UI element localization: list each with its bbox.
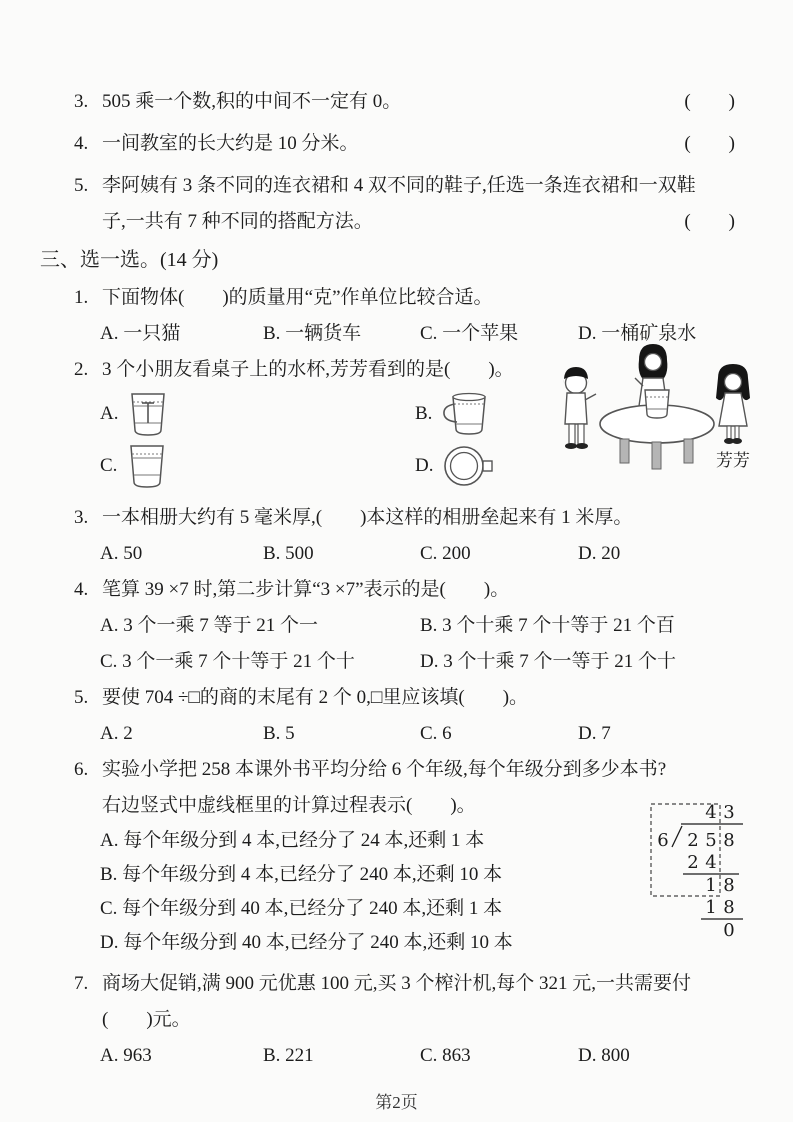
question-stem: 笔算 39 ×7 时,第二步计算“3 ×7”表示的是( )。 — [102, 572, 753, 608]
options-row: A. 50 B. 500 C. 200 D. 20 — [100, 536, 793, 572]
option-c: C. 200 — [420, 536, 578, 572]
option-a: A. 每个年级分到 4 本,已经分了 24 本,还剩 1 本 — [100, 824, 603, 858]
question-number: 2. — [74, 352, 102, 388]
options-row-1: A. 3 个一乘 7 等于 21 个一 B. 3 个十乘 7 个十等于 21 个… — [100, 608, 793, 644]
illustration-label: 芳芳 — [716, 451, 750, 471]
option-b: B. 一辆货车 — [263, 316, 420, 352]
option-a-label: A. — [100, 403, 118, 425]
question-stem: 下面物体( )的质量用“克”作单位比较合适。 — [102, 280, 753, 316]
item-number: 4. — [74, 126, 102, 162]
item-text: 505 乘一个数,积的中间不一定有 0。 — [102, 84, 676, 120]
question-stem-line1: 实验小学把 258 本课外书平均分给 6 个年级,每个年级分到多少本书? — [102, 752, 753, 788]
question-number: 6. — [74, 752, 102, 788]
svg-text:8: 8 — [723, 897, 734, 918]
svg-text:8: 8 — [723, 875, 734, 896]
option-c: C. 863 — [420, 1038, 578, 1074]
worksheet-page: 3. 505 乘一个数,积的中间不一定有 0。 ( ) 4. 一间教室的长大约是… — [0, 0, 793, 1122]
option-b-label: B. — [415, 403, 432, 425]
judge-item-4: 4. 一间教室的长大约是 10 分米。 ( ) — [0, 126, 793, 162]
page-number: 第2页 — [0, 1088, 793, 1113]
cup-plain-icon — [124, 441, 170, 491]
question-stem: 一本相册大约有 5 毫米厚,( )本这样的相册垒起来有 1 米厚。 — [102, 500, 753, 536]
option-d: D. 20 — [578, 536, 793, 572]
option-c: C. 3 个一乘 7 个十等于 21 个十 — [100, 644, 420, 680]
svg-text:8: 8 — [723, 830, 734, 851]
section-title: 三、选一选。(14 分) — [0, 240, 793, 280]
question-2: 2. 3 个小朋友看桌子上的水杯,芳芳看到的是( )。 — [0, 352, 793, 492]
svg-text:4: 4 — [705, 852, 716, 873]
kids-table-illustration: 芳芳 — [545, 338, 765, 477]
question-7: 7. 商场大促销,满 900 元优惠 100 元,买 3 个榨汁机,每个 321… — [0, 966, 793, 1074]
item-number: 5. — [74, 168, 102, 240]
item-text-line1: 李阿姨有 3 条不同的连衣裙和 4 双不同的鞋子,任选一条连衣裙和一双鞋 — [102, 168, 735, 204]
question-number: 4. — [74, 572, 102, 608]
option-b: B. 500 — [263, 536, 420, 572]
svg-text:1: 1 — [705, 875, 716, 896]
answer-bracket: ( ) — [684, 126, 735, 162]
question-6: 6. 实验小学把 258 本课外书平均分给 6 个年级,每个年级分到多少本书? … — [0, 752, 793, 960]
question-stem: 要使 704 ÷□的商的末尾有 2 个 0,□里应该填( )。 — [102, 680, 753, 716]
option-a: A. 963 — [100, 1038, 263, 1074]
question-number: 7. — [74, 966, 102, 1002]
option-d: D. 每个年级分到 40 本,已经分了 240 本,还剩 10 本 — [100, 926, 603, 960]
svg-text:6: 6 — [657, 830, 668, 851]
item-text: 一间教室的长大约是 10 分米。 — [102, 126, 676, 162]
option-b: B. 3 个十乘 7 个十等于 21 个百 — [420, 608, 793, 644]
option-c: C. 每个年级分到 40 本,已经分了 240 本,还剩 1 本 — [100, 892, 603, 926]
question-number: 1. — [74, 280, 102, 316]
question-stem-line1: 商场大促销,满 900 元优惠 100 元,买 3 个榨汁机,每个 321 元,… — [102, 966, 753, 1002]
question-4: 4. 笔算 39 ×7 时,第二步计算“3 ×7”表示的是( )。 A. 3 个… — [0, 572, 793, 680]
question-3: 3. 一本相册大约有 5 毫米厚,( )本这样的相册垒起来有 1 米厚。 A. … — [0, 500, 793, 572]
judge-item-3: 3. 505 乘一个数,积的中间不一定有 0。 ( ) — [0, 84, 793, 120]
option-a: A. 50 — [100, 536, 263, 572]
option-d-label: D. — [415, 455, 433, 477]
cup-top-view-icon — [440, 441, 494, 491]
svg-text:2: 2 — [687, 852, 698, 873]
item-text-line2: 子,一共有 7 种不同的搭配方法。 — [102, 204, 676, 240]
long-division-widget: 4 3 6 2 5 8 2 4 1 8 1 8 0 — [641, 802, 749, 947]
cup-front-handle-icon — [125, 389, 171, 439]
option-d: D. 800 — [578, 1038, 793, 1074]
item-number: 3. — [74, 84, 102, 120]
option-b: B. 221 — [263, 1038, 420, 1074]
question-number: 3. — [74, 500, 102, 536]
svg-text:0: 0 — [723, 920, 734, 941]
option-d: D. 3 个十乘 7 个一等于 21 个十 — [420, 644, 793, 680]
svg-text:1: 1 — [705, 897, 716, 918]
options-row: A. 963 B. 221 C. 863 D. 800 — [100, 1038, 793, 1074]
question-number: 5. — [74, 680, 102, 716]
question-5: 5. 要使 704 ÷□的商的末尾有 2 个 0,□里应该填( )。 A. 2 … — [0, 680, 793, 752]
option-c: C. 6 — [420, 716, 578, 752]
option-a: A. 3 个一乘 7 等于 21 个一 — [100, 608, 420, 644]
judge-item-5: 5. 李阿姨有 3 条不同的连衣裙和 4 双不同的鞋子,任选一条连衣裙和一双鞋 … — [0, 168, 793, 240]
svg-text:2: 2 — [687, 830, 698, 851]
options-row: A. 2 B. 5 C. 6 D. 7 — [100, 716, 793, 752]
question-stem-line2: ( )元。 — [74, 1002, 793, 1038]
option-a: A. 一只猫 — [100, 316, 263, 352]
cup-side-handle-icon — [439, 389, 491, 439]
option-b: B. 5 — [263, 716, 420, 752]
option-d: D. 7 — [578, 716, 793, 752]
option-a: A. 2 — [100, 716, 263, 752]
option-b: B. 每个年级分到 4 本,已经分了 240 本,还剩 10 本 — [100, 858, 603, 892]
svg-text:5: 5 — [705, 830, 716, 851]
answer-bracket: ( ) — [684, 84, 735, 120]
svg-text:3: 3 — [723, 802, 734, 823]
answer-bracket: ( ) — [684, 204, 735, 240]
svg-text:4: 4 — [705, 802, 716, 823]
option-c-label: C. — [100, 455, 117, 477]
options-row-2: C. 3 个一乘 7 个十等于 21 个十 D. 3 个十乘 7 个一等于 21… — [100, 644, 793, 680]
